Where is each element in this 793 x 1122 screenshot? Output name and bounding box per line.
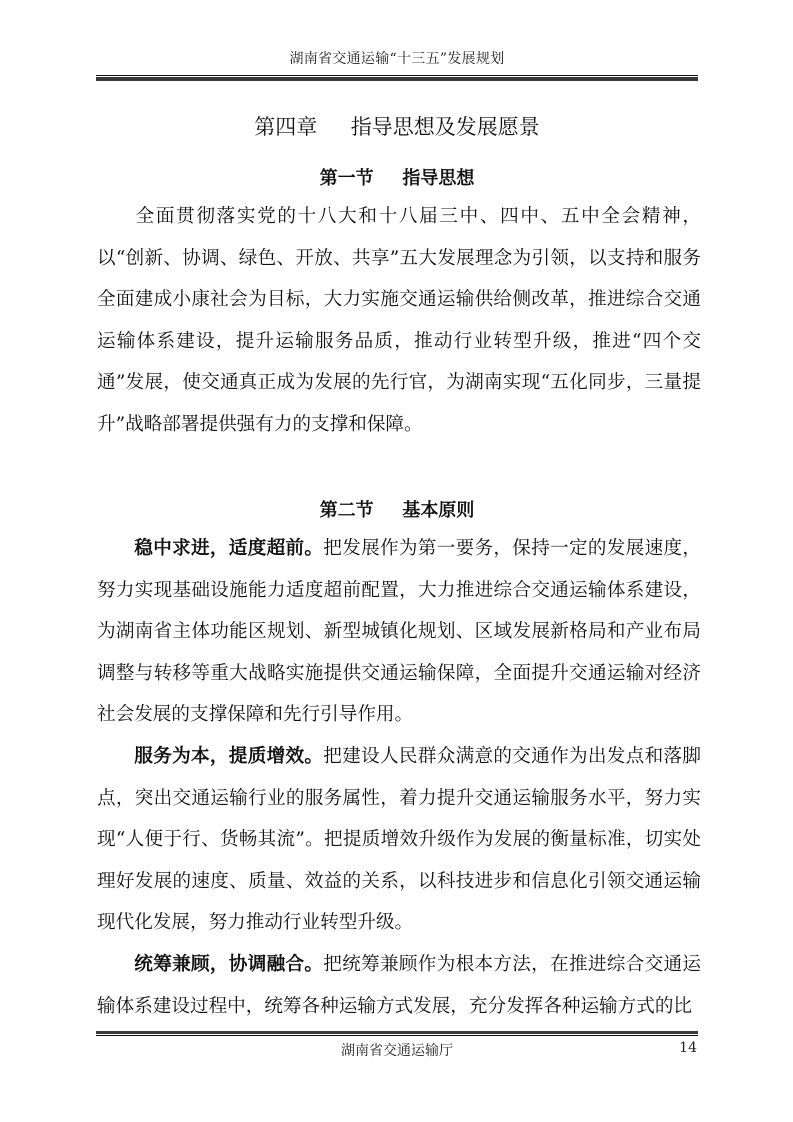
- paragraph-text: 把发展作为第一要务，保持一定的发展速度，努力实现基础设施能力适度超前配置，大力推…: [97, 538, 701, 725]
- paragraph-principle-2: 服务为本，提质增效。把建设人民群众满意的交通作为出发点和落脚点，突出交通运输行业…: [97, 736, 701, 944]
- paragraph-text: 把建设人民群众满意的交通作为出发点和落脚点，突出交通运输行业的服务属性，着力提升…: [97, 746, 701, 933]
- principle-lead: 服务为本，提质增效。: [134, 746, 323, 767]
- section-name: 指导思想: [402, 168, 474, 189]
- running-header: 湖南省交通运输“十三五”发展规划: [96, 48, 698, 68]
- section-title-1: 第一节指导思想: [96, 164, 698, 190]
- chapter-title: 第四章指导思想及发展愿景: [96, 111, 698, 141]
- paragraph-guiding-thought: 全面贯彻落实党的十八大和十八届三中、四中、五中全会精神，以“创新、协调、绿色、开…: [97, 196, 701, 445]
- running-footer: 湖南省交通运输厅: [96, 1040, 698, 1060]
- section-title-2: 第二节基本原则: [96, 496, 698, 522]
- chapter-name: 指导思想及发展愿景: [351, 115, 540, 139]
- principle-lead: 统筹兼顾，协调融合。: [134, 954, 323, 975]
- section-number: 第二节: [320, 500, 374, 521]
- section-name: 基本原则: [402, 500, 474, 521]
- paragraph-principle-1: 稳中求进，适度超前。把发展作为第一要务，保持一定的发展速度，努力实现基础设施能力…: [97, 528, 701, 736]
- paragraph-text: 全面贯彻落实党的十八大和十八届三中、四中、五中全会精神，以“创新、协调、绿色、开…: [97, 206, 701, 435]
- footer-rule: [96, 1031, 698, 1037]
- document-page: 湖南省交通运输“十三五”发展规划 第四章指导思想及发展愿景 第一节指导思想 全面…: [0, 0, 793, 1122]
- page-number: 14: [679, 1040, 697, 1056]
- section-number: 第一节: [320, 168, 374, 189]
- header-rule: [96, 75, 698, 81]
- chapter-number: 第四章: [254, 115, 317, 139]
- principle-lead: 稳中求进，适度超前。: [134, 538, 323, 559]
- paragraph-principle-3: 统筹兼顾，协调融合。把统筹兼顾作为根本方法，在推进综合交通运输体系建设过程中，统…: [97, 944, 701, 1027]
